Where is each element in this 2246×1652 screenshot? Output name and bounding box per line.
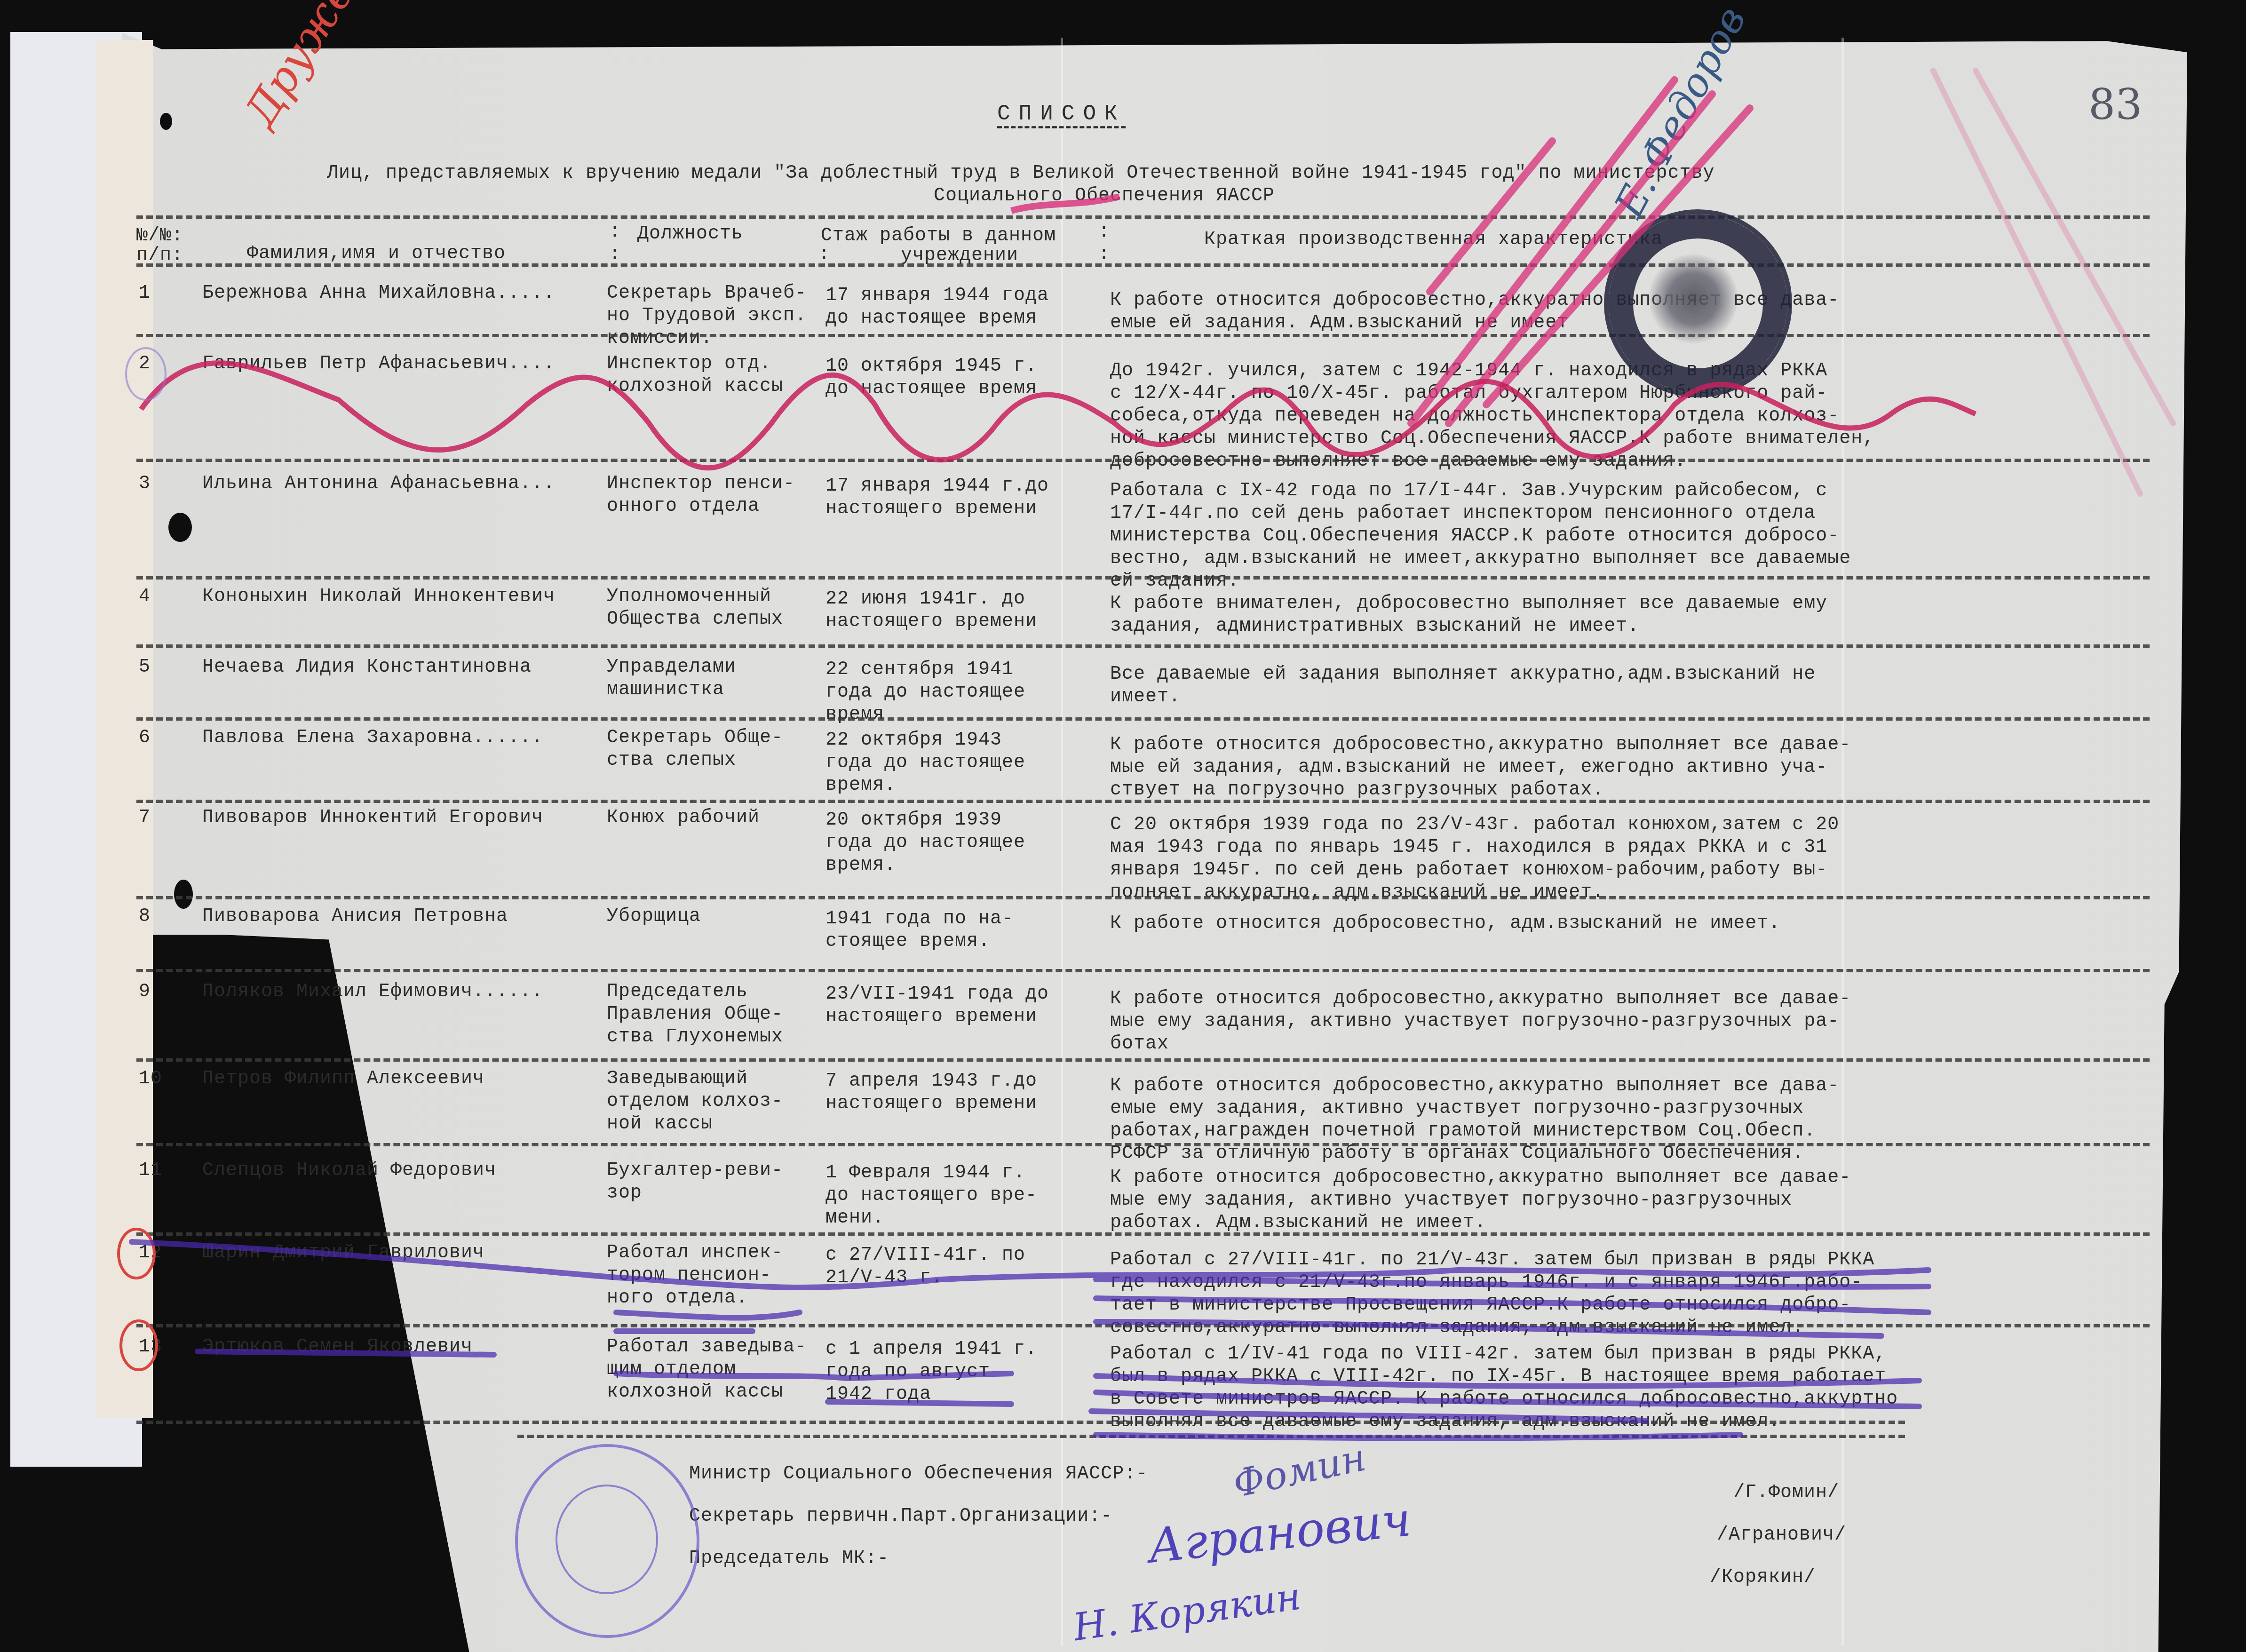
row-characteristic: ей задания. (1110, 570, 1239, 593)
row-characteristic: мые ему задания, активно участвует погру… (1110, 1189, 1792, 1212)
row-characteristic: Все даваемые ей задания выполняет аккура… (1110, 663, 1816, 686)
row-characteristic: К работе относится добросовестно,аккурат… (1110, 1167, 1851, 1189)
row-position: тором пенсион- (607, 1264, 771, 1287)
row-position: Инспектор отд. (607, 353, 771, 375)
row-name: Гаврильев Петр Афанасьевич.... (202, 353, 555, 375)
row-tenure: с 27/VIII-41г. по (825, 1244, 1025, 1267)
row-position: Председатель (607, 981, 748, 1003)
signature-name-mk-chairman: /Корякин/ (1710, 1566, 1816, 1589)
row-characteristic: полняет аккуратно, адм.взысканий не имее… (1110, 882, 1604, 904)
divider (136, 969, 2150, 972)
coat-of-arms-icon (556, 1485, 658, 1594)
row-characteristic: работах,награжден почетной грамотой мини… (1110, 1120, 1816, 1143)
row-characteristic: мые ему задания, активно участвует погру… (1110, 1010, 1839, 1033)
punch-hole (160, 113, 172, 130)
column-separator: :: (609, 221, 620, 266)
row-characteristic: К работе относится добросовестно,аккурат… (1110, 734, 1851, 756)
row-characteristic: ной кассы министерство Соц.Обеспечения Я… (1110, 428, 1874, 450)
row-position: Управделами (607, 656, 736, 679)
row-number: 8 (139, 905, 151, 928)
divider (136, 459, 2150, 462)
row-tenure: 22 июня 1941г. до (825, 588, 1025, 611)
row-tenure: 7 апреля 1943 г.до (825, 1070, 1037, 1093)
row-tenure: 1941 года по на- (825, 908, 1014, 930)
header-tenure-line1: Стаж работы в данном (821, 225, 1056, 247)
row-position: колхозной кассы (607, 375, 783, 398)
divider (136, 1058, 2150, 1062)
row-name: Бережнова Анна Михайловна..... (202, 282, 555, 305)
row-characteristic: Работал с 27/VIII-41г. по 21/V-43г. зате… (1110, 1249, 1874, 1271)
column-separator: :: (1098, 221, 1110, 266)
row-position: колхозной кассы (607, 1381, 783, 1404)
row-tenure: года до настоящее (825, 681, 1025, 704)
row-tenure: настоящего времени (825, 611, 1037, 633)
divider (136, 576, 2150, 580)
row-position: Общества слепых (607, 608, 783, 631)
punch-hole (174, 880, 193, 909)
row-characteristic: емые ему задания, активно участвует погр… (1110, 1097, 1804, 1120)
divider (517, 1435, 1905, 1438)
ministry-stamp (515, 1444, 699, 1638)
row-position: Бухгалтер-реви- (607, 1160, 783, 1182)
row-number: 6 (139, 727, 151, 749)
row-position: ства Глухонемых (607, 1026, 783, 1048)
header-num-line1: №/№: (136, 225, 183, 247)
presidium-stamp (1604, 209, 1792, 397)
row-position: Конюх рабочий (607, 807, 760, 829)
row-position: Секретарь Обще- (607, 727, 783, 749)
punch-hole (168, 513, 192, 542)
row-tenure: время. (825, 854, 896, 877)
row-position: Работал заведыва- (607, 1336, 807, 1358)
header-characteristic: Краткая производственная характеристика (1204, 229, 1663, 251)
row-characteristic: 17/I-44г.по сей день работает инспекторо… (1110, 502, 1816, 525)
row-name: Эртюков Семен Яковлевич (202, 1336, 473, 1358)
row-name: Пивоваров Иннокентий Егорович (202, 807, 543, 829)
row-number: 2 (139, 353, 151, 375)
row-position: Уполномоченный (607, 586, 771, 608)
row-characteristic: собеса,откуда переведен на должность инс… (1110, 405, 1839, 428)
row-characteristic: емые ей задания. Адм.взысканий не имеет (1110, 312, 1569, 334)
row-tenure: года по август (825, 1361, 990, 1383)
row-position: Правления Обще- (607, 1003, 783, 1026)
row-tenure: время. (825, 774, 896, 797)
row-position: щим отделом (607, 1358, 736, 1381)
row-tenure: настоящего времени (825, 1006, 1037, 1028)
row-position: Работал инспек- (607, 1242, 783, 1264)
row-tenure: 21/V-43 г. (825, 1267, 943, 1289)
row-name: Нечаева Лидия Константиновна (202, 656, 532, 679)
row-tenure: настоящего времени (825, 1093, 1037, 1115)
divider (136, 717, 2150, 721)
row-characteristic: где находился с 21/V-43г.по январь 1946г… (1110, 1271, 1863, 1294)
row-characteristic: Работал с 1/IV-41 года по VIII-42г. зате… (1110, 1343, 1886, 1366)
row-number: 3 (139, 473, 151, 495)
row-tenure: 23/VII-1941 года до (825, 983, 1049, 1006)
row-characteristic: К работе относится добросовестно, адм.вз… (1110, 913, 1780, 935)
divider (136, 1421, 1905, 1424)
row-tenure: до настоящее время (825, 378, 1037, 400)
row-characteristic: мые ей задания, адм.взысканий не имеет, … (1110, 756, 1827, 779)
row-characteristic: К работе относится добросовестно,аккурат… (1110, 1075, 1839, 1097)
row-position: онного отдела (607, 495, 760, 518)
row-position: комиссии. (607, 327, 713, 350)
row-position: ной кассы (607, 1113, 713, 1136)
page-number: 83 (2088, 80, 2143, 129)
row-tenure: 17 января 1944 г.до (825, 475, 1049, 498)
row-name: Павлова Елена Захаровна...... (202, 727, 543, 749)
row-tenure: 22 октября 1943 (825, 729, 1002, 752)
row-position: Инспектор пенси- (607, 473, 795, 495)
signature-role-minister: Министр Социального Обеспечения ЯАССР:- (689, 1463, 1148, 1485)
divider (136, 215, 2150, 219)
row-number: 10 (139, 1068, 162, 1090)
row-position: зор (607, 1182, 642, 1205)
row-characteristic: К работе внимателен, добросовестно выпол… (1110, 593, 1827, 615)
row-tenure: до настоящего вре- (825, 1184, 1037, 1207)
signature-name-minister: /Г.Фомин/ (1733, 1482, 1839, 1504)
row-name: Поляков Михаил Ефимович...... (202, 981, 543, 1003)
row-tenure: мени. (825, 1207, 884, 1230)
row-tenure: 1942 года (825, 1383, 931, 1406)
row-characteristic: тает в министерстве Просвещения ЯАССР.К … (1110, 1294, 1851, 1317)
row-name: Кононыхин Николай Иннокентевич (202, 586, 555, 608)
row-characteristic: мая 1943 года по январь 1945 г. находилс… (1110, 836, 1827, 859)
document-subtitle-line2: Социального Обеспечения ЯАССР (934, 185, 1275, 207)
signature-name-party-secretary: /Агранович/ (1717, 1524, 1846, 1547)
row-characteristic: совестно,аккуратно выполнял задания, адм… (1110, 1317, 1804, 1339)
column-separator: : (818, 221, 830, 266)
document-title: СПИСОК (997, 103, 1126, 125)
row-name: Шарин Дмитрий Гаврилович (202, 1242, 484, 1264)
row-number: 12 (139, 1242, 162, 1264)
document-subtitle-line1: Лиц, представляемых к вручению медали "З… (327, 162, 1714, 185)
row-number: 1 (139, 282, 151, 305)
row-characteristic: министерства Соц.Обеспечения ЯАССР.К раб… (1110, 525, 1839, 548)
row-position: Секретарь Врачеб- (607, 282, 807, 305)
row-tenure: 20 октября 1939 (825, 809, 1002, 832)
row-characteristic: С 20 октября 1939 года по 23/V-43г. рабо… (1110, 814, 1839, 836)
row-characteristic: в Совете министров ЯАССР. К работе относ… (1110, 1388, 1898, 1411)
row-tenure: настоящего времени (825, 498, 1037, 520)
row-number: 5 (139, 656, 151, 679)
signature-role-mk-chairman: Председатель МК:- (689, 1548, 889, 1570)
divider (136, 800, 2150, 803)
row-tenure: время (825, 704, 884, 726)
row-characteristic: ботах (1110, 1033, 1169, 1056)
row-position: ства слепых (607, 749, 736, 772)
row-tenure: стоящее время. (825, 930, 990, 953)
coat-of-arms-icon (1649, 254, 1738, 343)
row-characteristic: К работе относится добросовестно,аккурат… (1110, 988, 1851, 1010)
row-tenure: 17 января 1944 года (825, 285, 1049, 307)
row-characteristic: работах. Адм.взысканий не имеет. (1110, 1212, 1486, 1234)
divider (136, 1143, 2150, 1146)
row-number: 7 (139, 807, 151, 829)
row-tenure: 1 Февраля 1944 г. (825, 1162, 1025, 1184)
divider (136, 896, 2150, 899)
row-position: но Трудовой эксп. (607, 305, 807, 327)
row-number: 9 (139, 981, 151, 1003)
row-characteristic: вестно, адм.взысканий не имеет,аккуратно… (1110, 548, 1851, 570)
row-tenure: до настоящее время (825, 307, 1037, 330)
row-tenure: года до настоящее (825, 752, 1025, 774)
row-characteristic: был в рядах РККА с VIII-42г. по IX-45г. … (1110, 1366, 1886, 1388)
row-position: Уборщица (607, 905, 701, 928)
header-name: Фамилия,имя и отчество (247, 243, 506, 265)
row-characteristic: ствует на погрузочно разгрузочных работа… (1110, 779, 1604, 802)
divider (136, 334, 2150, 337)
divider (136, 1324, 2150, 1327)
row-tenure: 22 сентября 1941 (825, 659, 1014, 681)
row-tenure: года до настоящее (825, 832, 1025, 854)
row-name: Слепцов Николай Федорович (202, 1160, 496, 1182)
row-name: Пивоварова Анисия Петровна (202, 905, 508, 928)
row-position: отделом колхоз- (607, 1090, 783, 1113)
divider (136, 644, 2150, 648)
row-name: Ильина Антонина Афанасьевна... (202, 473, 555, 495)
row-position: машинистка (607, 679, 724, 701)
row-tenure: 10 октября 1945 г. (825, 355, 1037, 378)
row-characteristic: задания, административных взысканий не и… (1110, 615, 1639, 638)
paper-fold (1061, 38, 1063, 1646)
signature-role-party-secretary: Секретарь первичн.Парт.Организации:- (689, 1505, 1112, 1528)
row-number: 11 (139, 1160, 162, 1182)
row-position: Заведывающий (607, 1068, 748, 1090)
row-characteristic: имеет. (1110, 686, 1181, 708)
row-name: Петров Филипп Алексеевич (202, 1068, 484, 1090)
row-position: ного отдела. (607, 1287, 748, 1310)
row-number: 4 (139, 586, 151, 608)
divider (136, 1232, 2150, 1236)
divider (136, 263, 2150, 267)
row-characteristic: Работала с IX-42 года по 17/I-44г. Зав.У… (1110, 480, 1827, 502)
row-number: 13 (139, 1336, 162, 1358)
row-tenure: с 1 апреля 1941 г. (825, 1338, 1037, 1361)
row-characteristic: января 1945г. по сей день работает конюх… (1110, 859, 1827, 882)
header-position: Должность (637, 223, 743, 246)
